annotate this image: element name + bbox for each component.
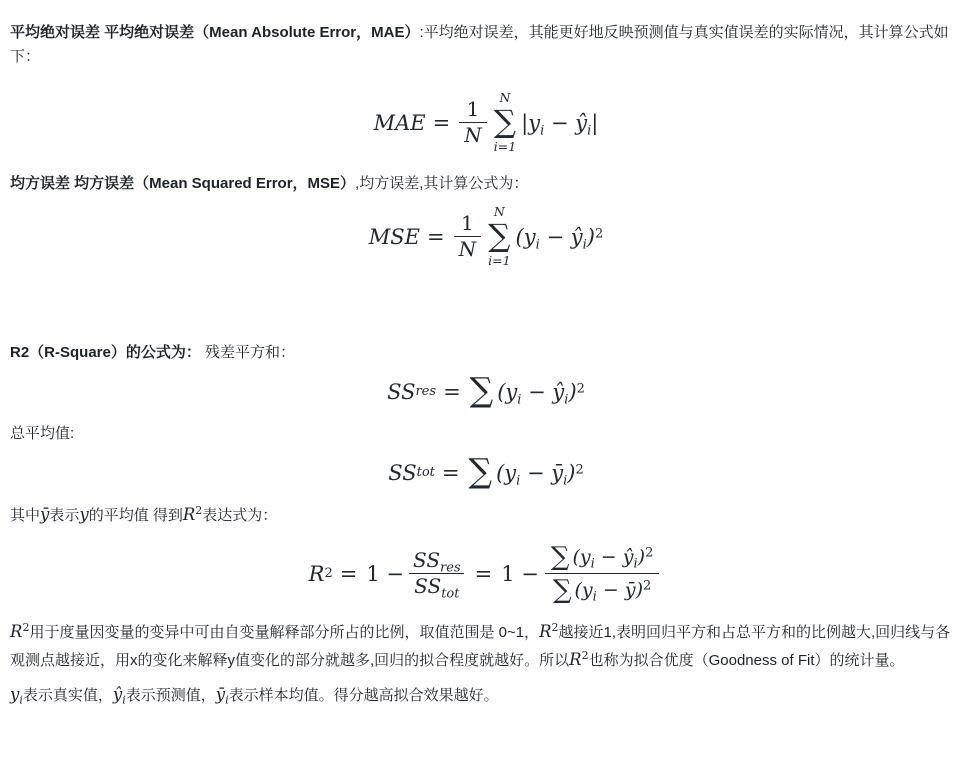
sigma-symbol: ∑ <box>488 220 510 253</box>
paragraph-symbols-note: yi表示真实值，ŷi表示预测值，ȳi表示样本均值。得分越高拟合效果越好。 <box>10 682 962 709</box>
sigma-symbol: ∑ <box>553 577 572 603</box>
ybar-symbol: ȳ <box>40 505 49 524</box>
sigma-symbol: ∑ <box>551 544 570 570</box>
paragraph-ybar-note: 其中ȳ表示y的平均值 得到R2表达式为： <box>10 503 962 528</box>
document-page: 平均绝对误差 平均绝对误差（Mean Absolute Error，MAE）:平… <box>0 0 974 709</box>
formula-mae: MAE=1NN∑i=1|yi − ŷi| <box>10 90 962 155</box>
expression: (yi − ȳi)2 <box>496 461 584 485</box>
fraction-ss: SSresSStot <box>408 548 466 599</box>
ss-res-equation: SSres=∑(yi − ŷi)2 <box>387 373 585 410</box>
paragraph-mse-heading: 均方误差 均方误差（Mean Squared Error，MSE）,均方误差,其… <box>10 172 962 196</box>
paragraph-r2-description: R2用于度量因变量的变异中可由自变量解释部分所占的比例，取值范围是 0~1，R2… <box>10 618 962 674</box>
fraction-sums: ∑(yi − ŷi)2∑(yi − ȳ)2 <box>543 541 662 606</box>
equals-sign: = <box>433 111 451 135</box>
r2-symbol: R <box>539 622 551 641</box>
r2-heading-bold: R2（R-Square）的公式为： <box>10 344 201 361</box>
formula-mse: MSE=1NN∑i=1(yi − ŷi)2 <box>10 204 962 269</box>
fraction: 1N <box>454 211 482 262</box>
expression: |yi − ŷi| <box>521 111 598 135</box>
expression: (yi − ŷi)2 <box>516 225 604 249</box>
sigma-symbol: ∑ <box>494 106 516 139</box>
equals-sign: = <box>442 461 460 485</box>
mse-lhs: MSE <box>369 225 420 249</box>
mae-lhs: MAE <box>374 111 426 135</box>
formula-ss-tot: SStot=∑(yi − ȳi)2 <box>10 454 962 491</box>
mse-equation: MSE=1NN∑i=1(yi − ŷi)2 <box>369 204 603 269</box>
paragraph-r2-heading: R2（R-Square）的公式为： 残差平方和： <box>10 341 962 365</box>
sigma-symbol: ∑ <box>469 454 493 487</box>
r2-symbol: R <box>569 650 581 669</box>
sigma-symbol: ∑ <box>470 373 494 406</box>
formula-r2: R2=1 −SSresSStot=1 −∑(yi − ŷi)2∑(yi − ȳ)… <box>10 541 962 606</box>
summation: N∑i=1 <box>494 90 516 155</box>
paragraph-total-mean: 总平均值: <box>10 422 962 446</box>
expression: (yi − ŷi)2 <box>497 380 585 404</box>
r2-symbol: R <box>10 622 22 641</box>
mse-heading-bold: 均方误差 均方误差（Mean Squared Error，MSE） <box>10 175 355 192</box>
ss-tot-equation: SStot=∑(yi − ȳi)2 <box>388 454 584 491</box>
yi-symbol: y <box>10 685 19 704</box>
mae-heading-bold: 平均绝对误差 平均绝对误差（Mean Absolute Error，MAE） <box>10 24 419 41</box>
ss-res-lhs: SS <box>387 380 415 404</box>
r2-symbol: R <box>183 505 195 524</box>
mse-heading-text: ,均方误差,其计算公式为： <box>355 175 528 192</box>
yhat-symbol: ŷ <box>113 685 122 704</box>
equals-sign: = <box>340 562 358 586</box>
ybar-symbol: ȳ <box>216 685 225 704</box>
paragraph-mae-heading: 平均绝对误差 平均绝对误差（Mean Absolute Error，MAE）:平… <box>10 21 962 69</box>
formula-ss-res: SSres=∑(yi − ŷi)2 <box>10 373 962 410</box>
equals-sign: = <box>475 562 493 586</box>
mae-equation: MAE=1NN∑i=1|yi − ŷi| <box>374 90 599 155</box>
r2-equation: R2=1 −SSresSStot=1 −∑(yi − ŷi)2∑(yi − ȳ)… <box>309 541 664 606</box>
r2-lhs: R <box>309 562 325 586</box>
ss-tot-lhs: SS <box>388 461 416 485</box>
equals-sign: = <box>443 380 461 404</box>
equals-sign: = <box>427 225 445 249</box>
r2-heading-text: 残差平方和： <box>201 344 295 361</box>
y-symbol: y <box>79 505 88 524</box>
summation: N∑i=1 <box>488 204 510 269</box>
fraction: 1N <box>459 97 487 148</box>
